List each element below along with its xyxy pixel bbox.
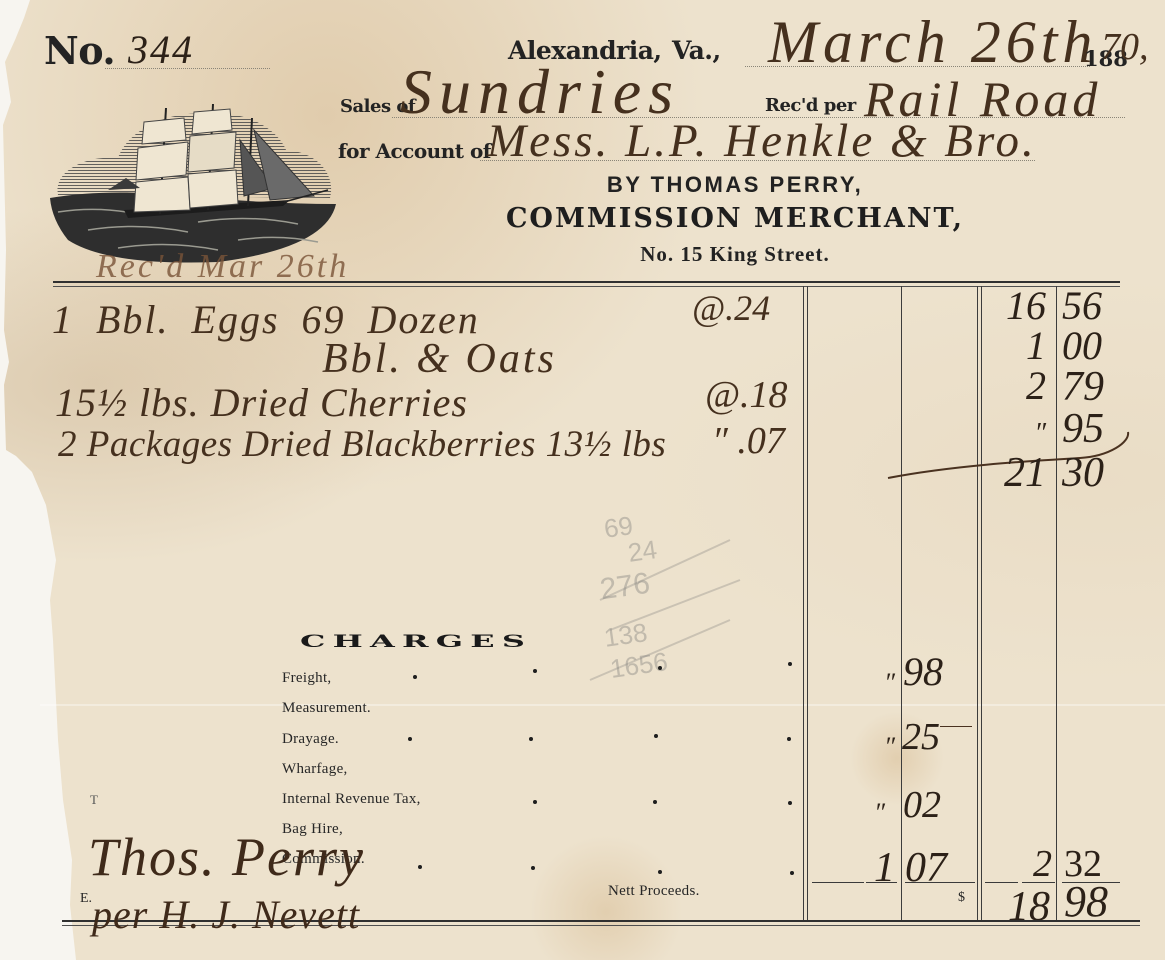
number-dotted-line (105, 68, 270, 69)
item-description: 2 Packages Dried Blackberries 13½ lbs (58, 426, 666, 463)
items-total-dollars: 21 (966, 452, 1046, 494)
charge-cents: 98 (903, 652, 943, 692)
receipt-number: 344 (128, 30, 194, 70)
charge-label: Drayage. (282, 731, 339, 748)
charge-dollars: ″ (815, 670, 895, 696)
item-rate: @.18 (705, 376, 787, 414)
leader-dot (533, 669, 537, 673)
year-handwritten: 70, (1101, 28, 1149, 66)
total-line (812, 882, 864, 883)
currency-symbol: $ (958, 890, 965, 906)
charge-label: Internal Revenue Tax, (282, 791, 421, 808)
mark-e: E. (80, 891, 92, 907)
merchant-address: No. 15 King Street. (470, 242, 1000, 267)
column-line (803, 286, 804, 920)
merchant-by-line: BY THOMAS PERRY, (470, 172, 1000, 198)
charge-label: Wharfage, (282, 761, 348, 778)
leader-dot (788, 662, 792, 666)
total-line (985, 882, 1018, 883)
account-label: for Account of (338, 139, 491, 163)
charge-dollars: ″ (805, 800, 885, 826)
item-dollars: 1 (966, 326, 1046, 366)
leader-dot (529, 737, 533, 741)
account-dotted-line (480, 160, 1035, 161)
charge-stroke (940, 726, 972, 727)
receipt-number-label: No. (44, 28, 115, 73)
paper-fold (40, 704, 1165, 706)
item-cents: 00 (1062, 326, 1102, 366)
date: March 26th (768, 12, 1097, 72)
received-note: Rec'd Mar 26th (96, 250, 349, 284)
merchant-title: COMMISSION MERCHANT, (470, 203, 1000, 234)
received-per-label: Rec'd per (765, 95, 856, 116)
item-description: 15½ lbs. Dried Cherries (55, 383, 468, 423)
leader-dot (654, 734, 658, 738)
charge-dollars: ″ (815, 734, 895, 760)
charges-total-dollars: 2 (972, 845, 1052, 883)
charge-cents: 25 (902, 718, 940, 756)
item-cents: 56 (1062, 286, 1102, 326)
item-dollars: 16 (966, 286, 1046, 326)
top-rule (53, 281, 1120, 287)
total-line (866, 882, 897, 883)
leader-dot (658, 870, 662, 874)
leader-dot (787, 737, 791, 741)
charges-heading: CHARGES (300, 632, 532, 652)
item-dollars: 2 (966, 366, 1046, 406)
leader-dot (413, 675, 417, 679)
nett-proceeds-label: Nett Proceeds. (608, 883, 700, 900)
mark-t: T (90, 792, 98, 808)
item-description: Bbl. & Oats (322, 338, 557, 380)
signature-name: Thos. Perry (88, 830, 365, 884)
charge-label: Freight, (282, 670, 331, 687)
item-cents: 79 (1062, 366, 1104, 408)
leader-dot (658, 666, 662, 670)
leader-dot (418, 865, 422, 869)
charge-label: Measurement. (282, 700, 371, 717)
leader-dot (790, 871, 794, 875)
items-total-cents: 30 (1062, 452, 1104, 494)
nett-proceeds-cents: 98 (1064, 880, 1108, 924)
column-line (1056, 286, 1057, 920)
item-rate: ″ .07 (712, 422, 785, 460)
pencil-strokes (580, 520, 760, 690)
leader-dot (788, 801, 792, 805)
column-line (901, 286, 902, 920)
charge-cents: 02 (903, 786, 941, 824)
leader-dot (408, 737, 412, 741)
ship-engraving-icon (48, 100, 338, 272)
leader-dot (653, 800, 657, 804)
account-value: Mess. L.P. Henkle & Bro. (487, 118, 1037, 165)
total-line (1022, 882, 1055, 883)
item-rate: @.24 (692, 290, 770, 326)
item-description: 1 Bbl. Eggs 69 Dozen (52, 300, 480, 340)
leader-dot (533, 800, 537, 804)
signature-per: per H. J. Nevett (92, 895, 360, 935)
total-line (905, 882, 975, 883)
leader-dot (531, 866, 535, 870)
